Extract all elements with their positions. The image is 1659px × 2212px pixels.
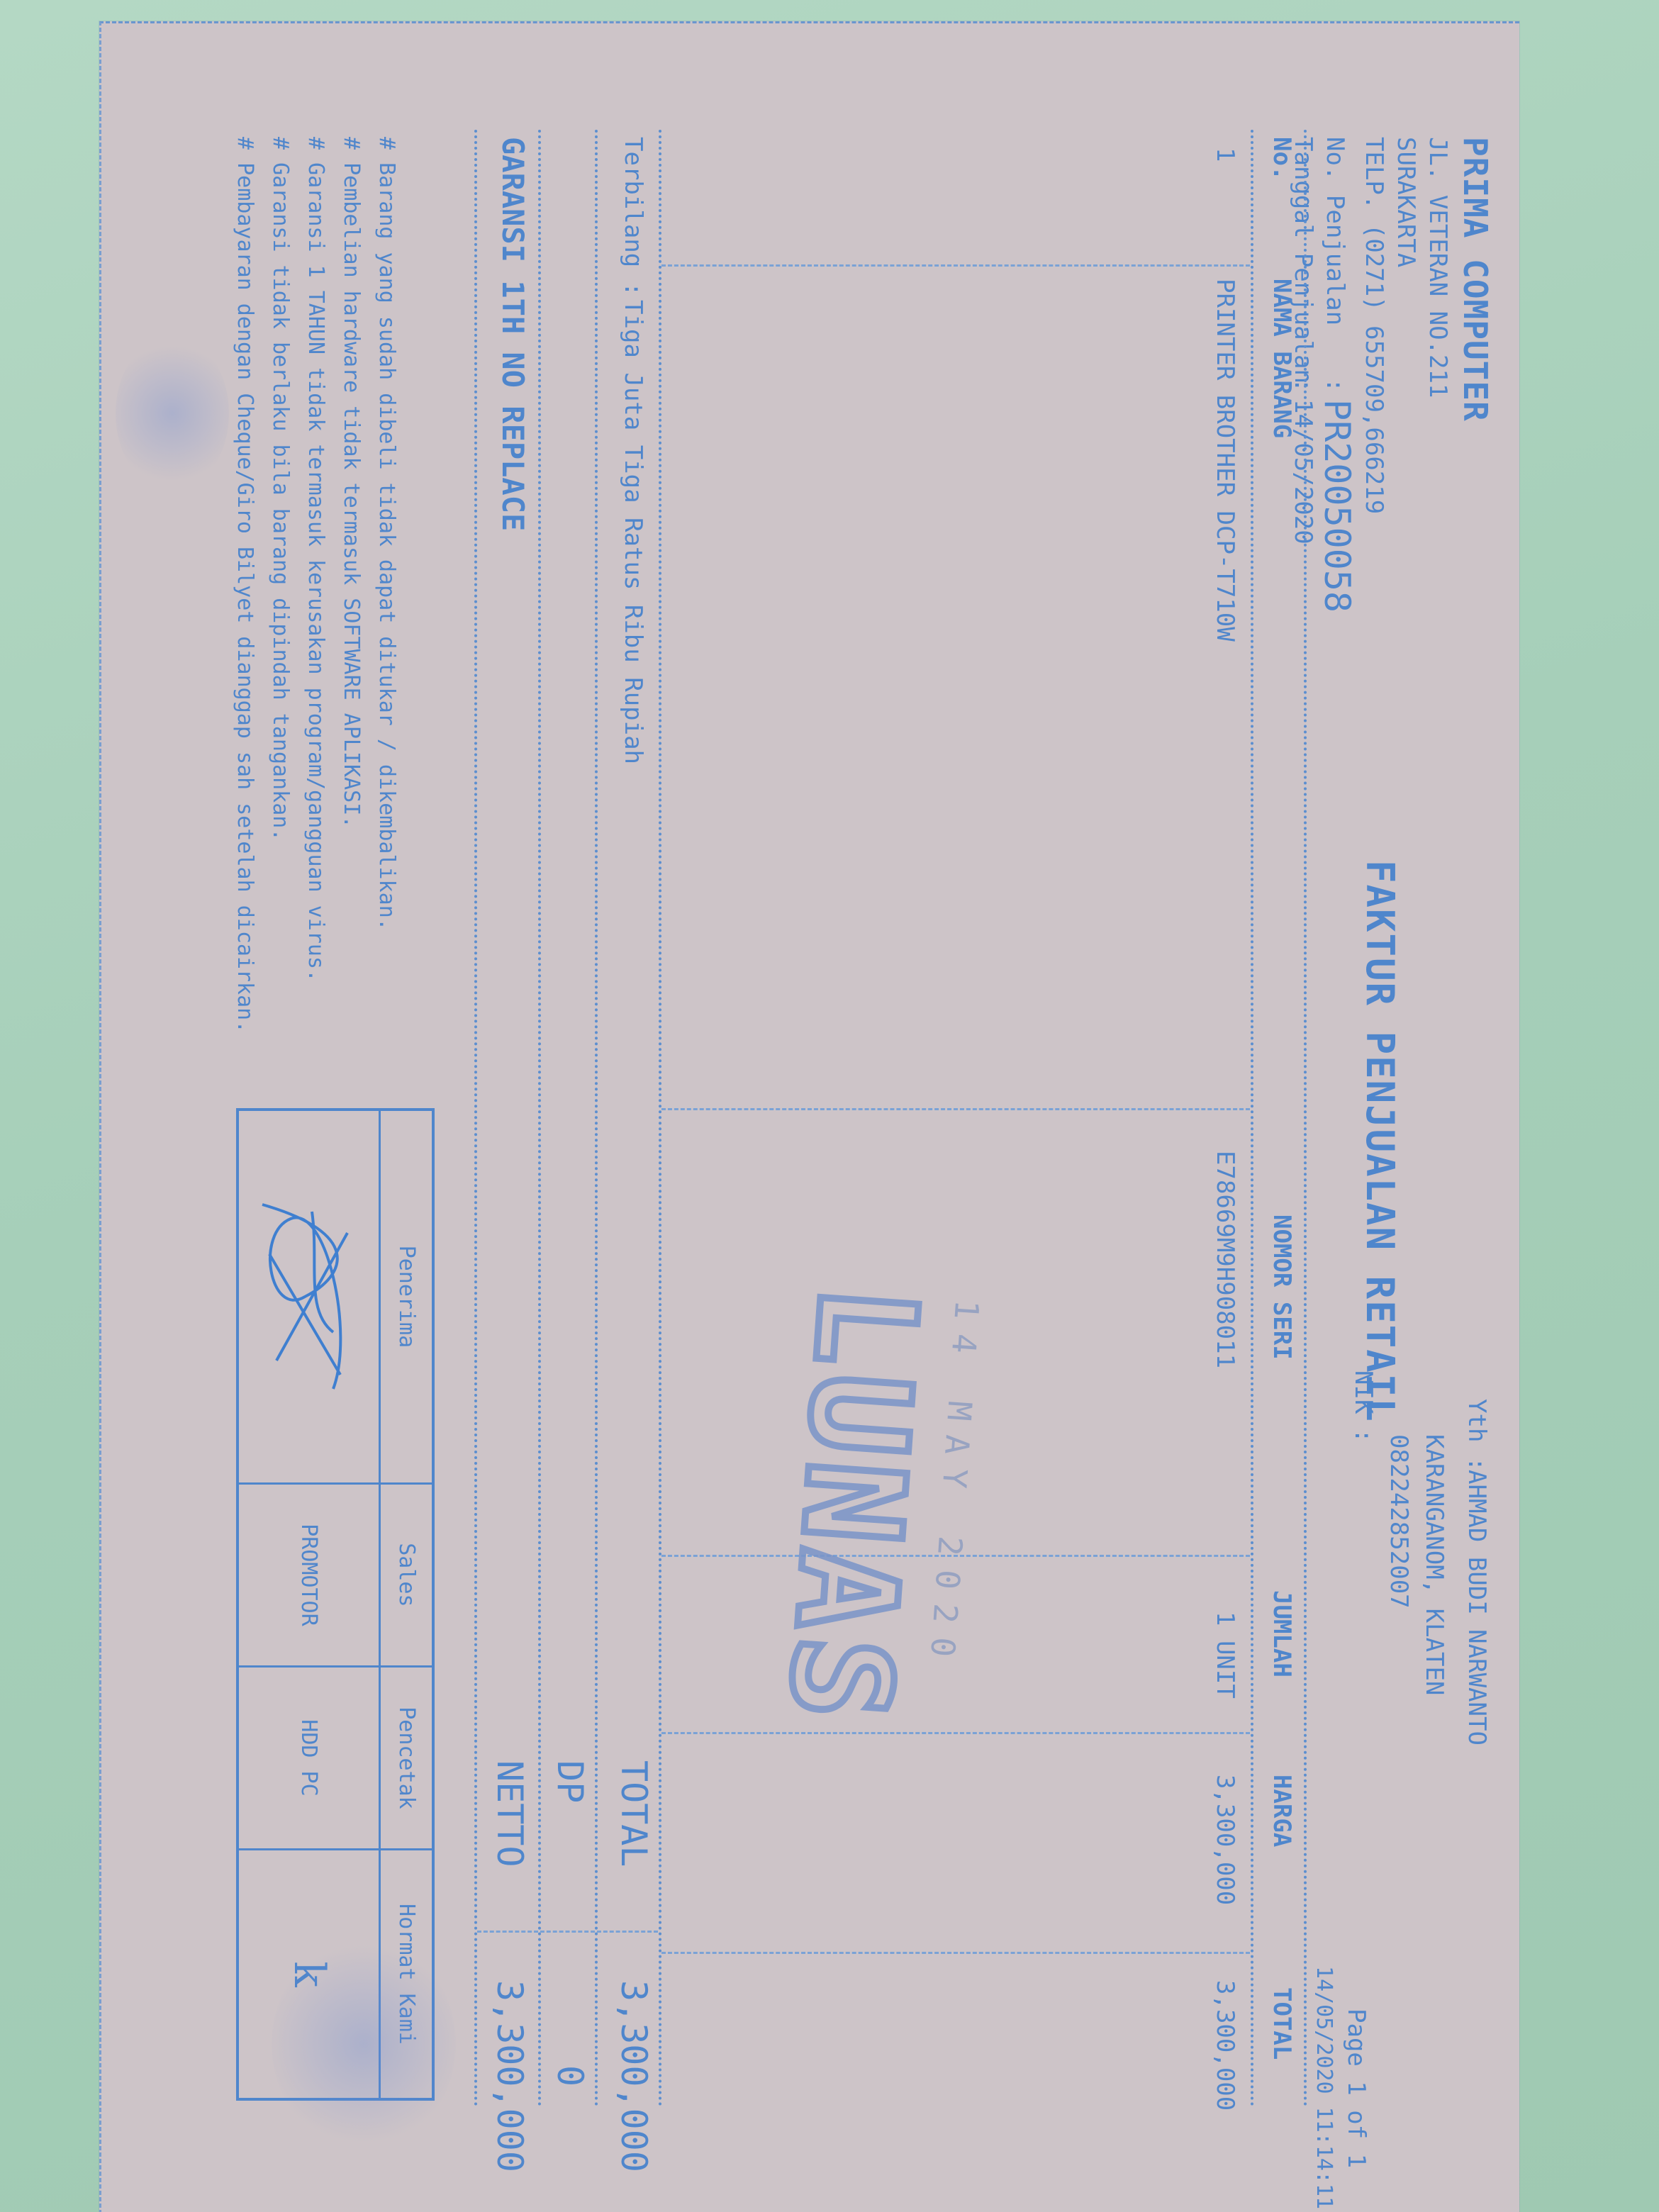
sig-penerima bbox=[238, 1110, 380, 1483]
seller-address: JL. VETERAN NO.211 bbox=[1424, 137, 1452, 398]
terbilang-text: Tiga Juta Tiga Ratus Ribu Rupiah bbox=[619, 300, 647, 764]
warranty-text: GARANSI 1TH NO REPLACE bbox=[496, 137, 530, 531]
col-header-serial: NOMOR SERI bbox=[1268, 1214, 1296, 1360]
customer-address: KARANGANOM, KLATEN bbox=[1420, 1434, 1448, 1695]
row-no: 1 bbox=[1211, 147, 1239, 162]
seller-phone: TELP. (0271) 655709,666219 bbox=[1360, 137, 1388, 514]
note-4: # Garansi tidak berlaku bila barang dipi… bbox=[268, 137, 293, 841]
sig-sales-value: PROMOTOR bbox=[238, 1483, 380, 1666]
netto-value: 3,300,000 bbox=[489, 1980, 530, 2172]
page-indicator: Page 1 of 1 bbox=[1342, 2009, 1370, 2168]
note-5: # Pembayaran dengan Cheque/Giro Bilyet d… bbox=[233, 137, 257, 1033]
rule bbox=[595, 130, 598, 2108]
col-divider bbox=[477, 1931, 658, 1933]
printed-at: 14/05/2020 11:14:11 bbox=[1312, 1966, 1336, 2209]
customer-phone: 082242852007 bbox=[1385, 1434, 1413, 1609]
sig-header-penerima: Penerima bbox=[380, 1110, 433, 1483]
col-header-item: NAMA BARANG bbox=[1268, 279, 1296, 438]
col-header-total: TOTAL bbox=[1268, 1987, 1296, 2060]
rule bbox=[474, 130, 477, 2108]
row-price: 3,300,000 bbox=[1211, 1775, 1239, 1905]
total-label: TOTAL bbox=[613, 1760, 654, 1867]
ink-smudge bbox=[116, 335, 229, 491]
handwritten-signature-icon bbox=[248, 1190, 376, 1403]
sales-no-label: No. Penjualan bbox=[1321, 137, 1349, 325]
table-top-rule bbox=[1304, 130, 1307, 2108]
customer-name: AHMAD BUDI NARWANTO bbox=[1463, 1470, 1491, 1745]
sig-header-sales: Sales bbox=[380, 1483, 433, 1666]
col-divider bbox=[661, 1732, 1250, 1734]
col-header-no: No. bbox=[1268, 137, 1296, 180]
rule bbox=[538, 130, 541, 2108]
sig-header-pencetak: Pencetak bbox=[380, 1666, 433, 1849]
seller-name: PRIMA COMPUTER bbox=[1456, 137, 1495, 422]
table-bottom-rule bbox=[659, 130, 661, 2108]
customer-to-label: Yth : bbox=[1463, 1399, 1491, 1471]
row-total: 3,300,000 bbox=[1211, 1980, 1239, 2111]
netto-label: NETTO bbox=[489, 1760, 530, 1867]
total-value: 3,300,000 bbox=[613, 1980, 654, 2172]
ink-smudge bbox=[272, 1938, 456, 2150]
table-header-rule bbox=[1251, 130, 1253, 2108]
dp-label: DP bbox=[549, 1760, 591, 1803]
terbilang-label: Terbilang : bbox=[619, 137, 647, 296]
col-header-qty: JUMLAH bbox=[1268, 1590, 1296, 1677]
col-divider bbox=[661, 1108, 1250, 1110]
customer-nik-label: NIK : bbox=[1349, 1370, 1378, 1443]
col-divider bbox=[661, 1952, 1250, 1954]
note-2: # Pembelian hardware tidak termasuk SOFT… bbox=[339, 137, 364, 828]
invoice-title: FAKTUR PENJUALAN RETAIL bbox=[1358, 860, 1402, 1423]
col-divider bbox=[661, 264, 1250, 267]
invoice-paper: PRIMA COMPUTER JL. VETERAN NO.211 SURAKA… bbox=[99, 21, 1519, 2212]
sig-pencetak-value: HDD PC bbox=[238, 1666, 380, 1849]
sales-no-sep: : bbox=[1321, 378, 1349, 392]
seller-city: SURAKARTA bbox=[1392, 137, 1420, 267]
sales-no: PR20050058 bbox=[1317, 399, 1358, 613]
dp-value: 0 bbox=[549, 2065, 591, 2087]
note-1: # Barang yang sudah dibeli tidak dapat d… bbox=[374, 137, 399, 931]
col-header-price: HARGA bbox=[1268, 1775, 1296, 1847]
invoice-content: PRIMA COMPUTER JL. VETERAN NO.211 SURAKA… bbox=[116, 23, 1519, 2179]
row-serial: E78669M9H908011 bbox=[1211, 1151, 1239, 1368]
row-qty: 1 UNIT bbox=[1211, 1611, 1239, 1699]
paid-stamp: LUNAS bbox=[759, 1280, 946, 1731]
note-3: # Garansi 1 TAHUN tidak termasuk kerusak… bbox=[303, 137, 328, 982]
row-item: PRINTER BROTHER DCP-T710W bbox=[1211, 279, 1239, 642]
